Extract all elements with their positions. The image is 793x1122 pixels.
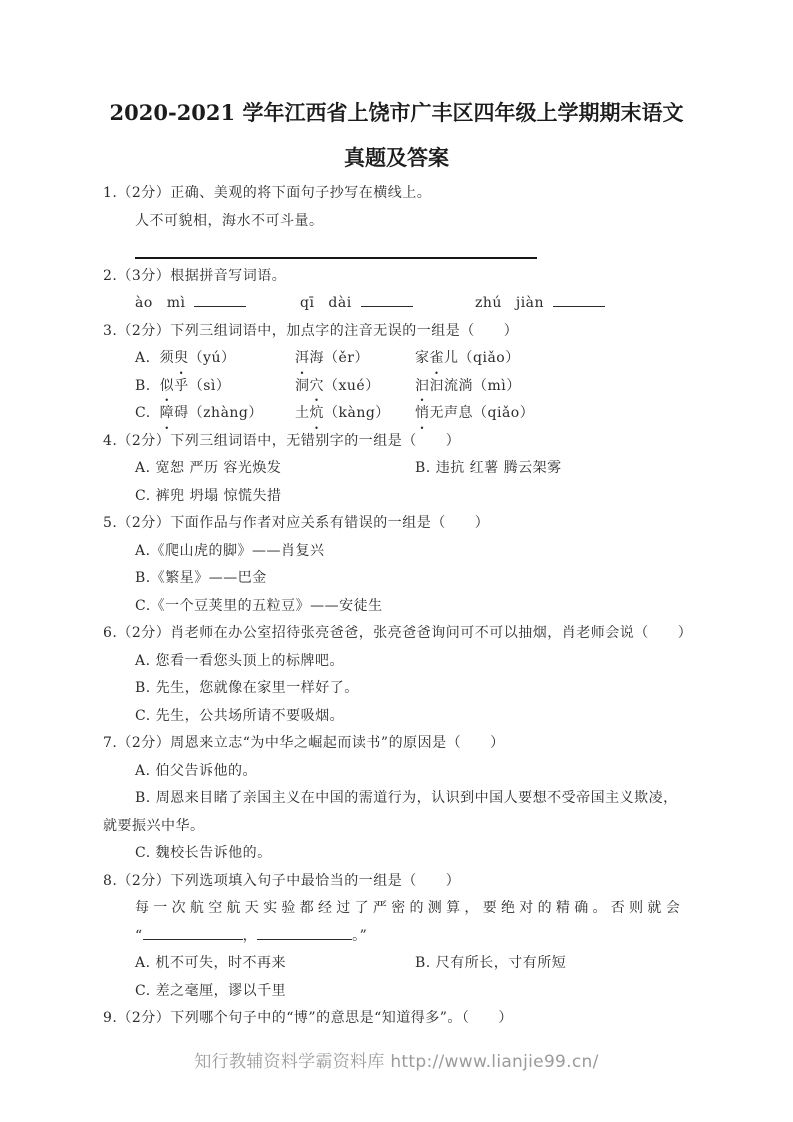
- q8-context: 每一次航空航天实验都经过了严密的测算，要绝对的精确。否则就会: [103, 895, 690, 923]
- q8-row-ab: A. 机不可失，时不再来 B. 尺有所长，寸有所短: [135, 950, 690, 978]
- q4-stem: 4.（2分）下列三组词语中，无错别字的一组是（ ）: [103, 428, 690, 456]
- q6-option-b: B. 先生，您就像在家里一样好了。: [103, 675, 690, 703]
- q3-row-c: C.障碍（zhàng） 土炕（kàng） 悄无声息（qiǎo）: [135, 400, 690, 428]
- q5-option-a: A.《爬山虎的脚》——肖复兴: [103, 538, 690, 566]
- q2-pinyin-2: qī dài: [300, 295, 352, 311]
- q2-pinyin-row: ào mì qī dài zhú jiàn: [135, 290, 690, 318]
- q8-quote-blanks: “，。”: [103, 923, 690, 951]
- q8-option-a: A. 机不可失，时不再来: [135, 950, 415, 978]
- q3-dotted-char: 雀: [430, 345, 445, 373]
- q3-option-b-word-2: 洞穴（xué）: [295, 373, 415, 401]
- q3-label-b: B.: [135, 378, 151, 394]
- q3-dotted-char: 汩: [415, 373, 430, 401]
- q2-blank-3: [553, 293, 605, 307]
- q2-item-2: qī dài: [300, 290, 475, 318]
- q3-option-c-word-3: 悄无声息（qiǎo）: [415, 400, 690, 428]
- title-line-2: 真题及答案: [103, 135, 690, 180]
- q7-stem: 7.（2分）周恩来立志“为中华之崛起而读书”的原因是（ ）: [103, 730, 690, 758]
- q6-stem: 6.（2分）肖老师在办公室招待张亮爸爸，张亮爸爸询问可不可以抽烟，肖老师会说（ …: [103, 620, 690, 648]
- title-line-1: 2020-2021 学年江西省上饶市广丰区四年级上学期期末语文: [103, 90, 690, 135]
- q8-quote-close: 。”: [352, 928, 367, 944]
- q8-option-b: B. 尺有所长，寸有所短: [415, 950, 690, 978]
- q1-answer-row: [103, 235, 690, 263]
- page-title: 2020-2021 学年江西省上饶市广丰区四年级上学期期末语文 真题及答案: [103, 90, 690, 180]
- q3-row-a: A.须臾（yú） 洱海（ěr） 家雀儿（qiǎo）: [135, 345, 690, 373]
- q3-option-a-word-3: 家雀儿（qiǎo）: [415, 345, 690, 373]
- q4-option-c: C. 裤兜 坍塌 惊慌失措: [103, 483, 690, 511]
- q8-stem: 8.（2分）下列选项填入句子中最恰当的一组是（ ）: [103, 868, 690, 896]
- q3-option-b-word-1: B.似乎（sì）: [135, 373, 295, 401]
- q5-stem: 5.（2分）下面作品与作者对应关系有错误的一组是（ ）: [103, 510, 690, 538]
- q3-dotted-char: 炕: [310, 400, 325, 428]
- q3-stem: 3.（2分）下列三组词语中，加点字的注音无误的一组是（ ）: [103, 318, 690, 346]
- q2-blank-1: [194, 293, 246, 307]
- q4-option-b: B. 违抗 红薯 腾云架雾: [415, 455, 690, 483]
- q3-option-c-word-2: 土炕（kàng）: [295, 400, 415, 428]
- q3-dotted-char: 洱: [295, 345, 310, 373]
- q3-option-c-word-1: C.障碍（zhàng）: [135, 400, 295, 428]
- footer-watermark: 知行教辅资料学霸资料库 http://www.lianjie99.cn/: [103, 1049, 690, 1075]
- q4-option-a: A. 宽恕 严历 容光焕发: [135, 455, 415, 483]
- q2-stem: 2.（3分）根据拼音写词语。: [103, 263, 690, 291]
- q8-option-c: C. 差之毫厘，谬以千里: [103, 978, 690, 1006]
- q6-option-a: A. 您看一看您头顶上的标牌吧。: [103, 648, 690, 676]
- q7-option-a: A. 伯父告诉他的。: [103, 758, 690, 786]
- q2-item-1: ào mì: [135, 290, 300, 318]
- q1-answer-line: [135, 235, 537, 259]
- q8-blank-2: [257, 926, 352, 940]
- q3-dotted-char: 似: [160, 373, 175, 401]
- q8-quote-open: “: [135, 928, 143, 944]
- q3-dotted-char: 障: [160, 400, 175, 428]
- q6-option-c: C. 先生，公共场所请不要吸烟。: [103, 703, 690, 731]
- q2-pinyin-1: ào mì: [135, 295, 185, 311]
- q8-quote-comma: ，: [243, 928, 258, 944]
- q1-sentence: 人不可貌相，海水不可斗量。: [103, 208, 690, 236]
- q7-option-c: C. 魏校长告诉他的。: [103, 840, 690, 868]
- q3-row-b: B.似乎（sì） 洞穴（xué） 汩汩流淌（mì）: [135, 373, 690, 401]
- q3-option-a-word-1: A.须臾（yú）: [135, 345, 295, 373]
- q3-label-a: A.: [135, 350, 151, 366]
- q3-dotted-char: 臾: [174, 345, 189, 373]
- q3-option-b-word-3: 汩汩流淌（mì）: [415, 373, 690, 401]
- q8-blank-1: [143, 926, 243, 940]
- q3-dotted-char: 悄: [415, 400, 430, 428]
- q2-blank-2: [361, 293, 413, 307]
- q3-label-c: C.: [135, 405, 151, 421]
- q3-dotted-char: 穴: [310, 373, 325, 401]
- q7-option-b: B. 周恩来目睹了亲国主义在中国的需道行为，认识到中国人要想不受帝国主义欺凌，就…: [103, 785, 690, 840]
- q9-stem: 9.（2分）下列哪个句子中的“博”的意思是“知道得多”。（ ）: [103, 1005, 690, 1033]
- q4-row-ab: A. 宽恕 严历 容光焕发 B. 违抗 红薯 腾云架雾: [135, 455, 690, 483]
- q5-option-c: C.《一个豆荚里的五粒豆》——安徒生: [103, 593, 690, 621]
- q2-item-3: zhú jiàn: [475, 290, 690, 318]
- exam-page: 2020-2021 学年江西省上饶市广丰区四年级上学期期末语文 真题及答案 1.…: [0, 0, 793, 1075]
- q5-option-b: B.《繁星》——巴金: [103, 565, 690, 593]
- q2-pinyin-3: zhú jiàn: [475, 295, 544, 311]
- q1-stem: 1.（2分）正确、美观的将下面句子抄写在横线上。: [103, 180, 690, 208]
- q3-option-a-word-2: 洱海（ěr）: [295, 345, 415, 373]
